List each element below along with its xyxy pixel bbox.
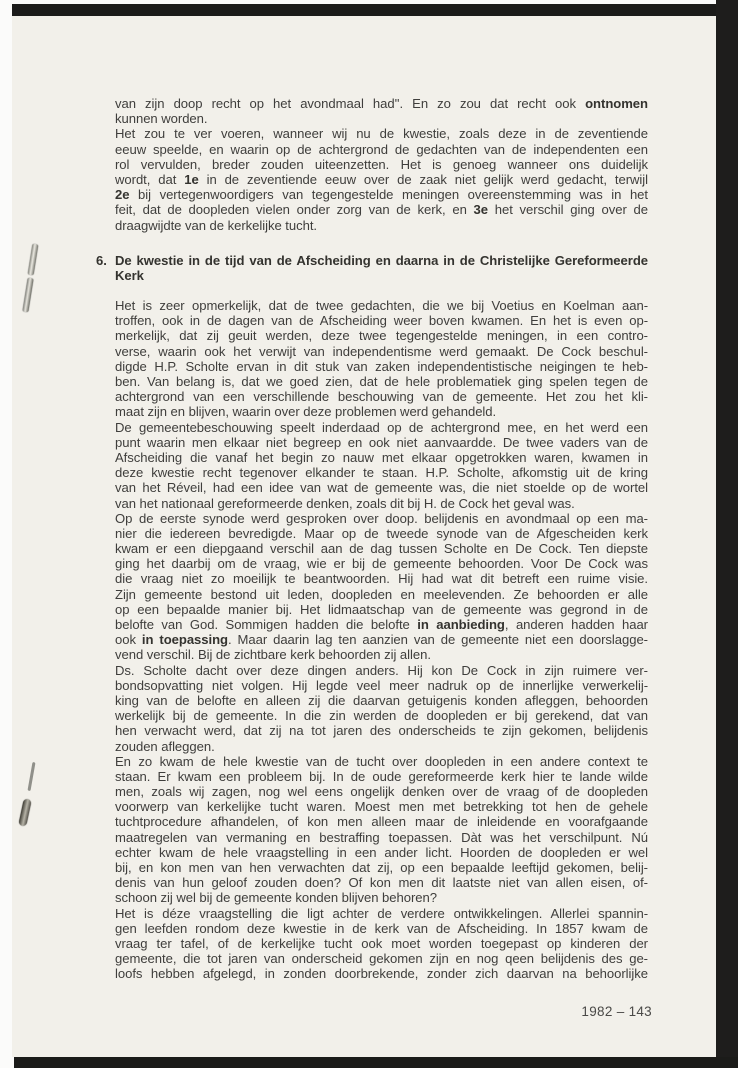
scan-border-bottom	[14, 1057, 738, 1068]
text-line: bondsopvatting niet volgen. Hij legde ve…	[115, 678, 648, 693]
text-line: deze kwestie recht tegenover elkander te…	[115, 465, 648, 480]
scanned-page-photo: van zijn doop recht op het avondmaal had…	[0, 0, 738, 1068]
text-line: Kerk	[115, 268, 648, 283]
paragraph: Het is zeer opmerkelijk, dat de twee ged…	[115, 298, 648, 420]
text-line: verse, waarin ook het verwijt van indepe…	[115, 344, 648, 359]
text-line: eeuw speelde, en waarin op de achtergron…	[115, 142, 648, 157]
text-line: werkelijk bij de gemeente. In die zin we…	[115, 708, 648, 723]
text-line: Ds. Scholte dacht over deze dingen ander…	[115, 663, 648, 678]
paragraph: De kwestie in de tijd van de Afscheiding…	[115, 253, 648, 283]
text-line: merkelijk, dat zij geuit werden, deze tw…	[115, 328, 648, 343]
text-line: echter kwam de hele vraagstelling in een…	[115, 845, 648, 860]
text-line: die vraag niet zo moeilijk te beantwoord…	[115, 571, 648, 586]
text-line: king van de belofte en alleen zij die da…	[115, 693, 648, 708]
text-line: troffen, ook in de dagen van de Afscheid…	[115, 313, 648, 328]
text-line: ook in toepassing. Maar daarin lag ten a…	[115, 632, 648, 647]
text-line: Het is déze vraagstelling die ligt achte…	[115, 906, 648, 921]
paragraph: Het zou te ver voeren, wanneer wij nu de…	[115, 126, 648, 232]
section-title: De kwestie in de tijd van de Afscheiding…	[115, 253, 648, 283]
text-line: tuchtprocedure afhandelen, of kon men al…	[115, 814, 648, 829]
text-line: voorwerp van kerkelijke tucht waren. Moe…	[115, 799, 648, 814]
staple-top-icon	[22, 278, 33, 313]
text-line: staan. Er kwam een probleem bij. In de o…	[115, 769, 648, 784]
text-line: op een bepaalde manier bij. Het lidmaats…	[115, 602, 648, 617]
section-paragraphs: Het is zeer opmerkelijk, dat de twee ged…	[115, 298, 648, 981]
text-line: De kwestie in de tijd van de Afscheiding…	[115, 253, 648, 268]
paragraph: van zijn doop recht op het avondmaal had…	[115, 96, 648, 126]
text-line: Afscheiding die vanaf het begin zo nauw …	[115, 450, 648, 465]
section-heading: 6. De kwestie in de tijd van de Afscheid…	[96, 253, 648, 283]
text-column: van zijn doop recht op het avondmaal had…	[115, 96, 648, 982]
staple-bottom-icon	[28, 762, 36, 791]
text-line: belofte van God. Sommigen hadden die bel…	[115, 617, 648, 632]
paragraph: De gemeentebeschouwing speelt inderdaad …	[115, 420, 648, 511]
text-line: men, zoals wij zagen, nog wel eens ongel…	[115, 784, 648, 799]
document-page: van zijn doop recht op het avondmaal had…	[12, 16, 716, 1057]
text-line: En zo kwam de hele kwestie van de tucht …	[115, 754, 648, 769]
text-line: punt waarin men elkaar niet begreep en o…	[115, 435, 648, 450]
text-line: hen verwacht werd, dat zij na tot jaren …	[115, 723, 648, 738]
text-line: vraag ter tafel, of de kerkelijke tucht …	[115, 936, 648, 951]
text-line: achtergrond van een verschillende bescho…	[115, 389, 648, 404]
text-line: kunnen worden.	[115, 111, 648, 126]
text-line: De gemeentebeschouwing speelt inderdaad …	[115, 420, 648, 435]
text-line: denis van hun geloof zouden doen? Of kon…	[115, 875, 648, 890]
text-line: maatregelen van vermaning en bestraffing…	[115, 830, 648, 845]
text-line: ben. Van belang is, dat we goed zien, da…	[115, 374, 648, 389]
text-line: gemeente, die tot jaren van onderscheid …	[115, 951, 648, 966]
paragraph: Ds. Scholte dacht over deze dingen ander…	[115, 663, 648, 754]
paragraph: En zo kwam de hele kwestie van de tucht …	[115, 754, 648, 906]
text-line: loofs hebben afgelegd, in zonden doorbre…	[115, 966, 648, 981]
text-line: 2e bij vertegenwoordigers van tegengeste…	[115, 187, 648, 202]
text-line: gen leefden rondom deze kwestie in de ke…	[115, 921, 648, 936]
text-line: feit, dat de doopleden vielen onder zorg…	[115, 202, 648, 217]
text-line: schoon zij wel bij de gemeente konden bl…	[115, 890, 648, 905]
page-number: 1982 – 143	[581, 1004, 652, 1019]
text-line: van het Réveil, had een idee van wat de …	[115, 480, 648, 495]
staple-top-icon	[28, 244, 39, 276]
text-line: bij, en kon men van hen verwachten dat z…	[115, 860, 648, 875]
text-line: wordt, dat 1e in de zeventiende eeuw ove…	[115, 172, 648, 187]
scan-border-right	[716, 0, 738, 1068]
text-line: Op de eerste synode werd gesproken over …	[115, 511, 648, 526]
text-line: Het zou te ver voeren, wanneer wij nu de…	[115, 126, 648, 141]
text-line: ging het daarbij om de vraag, wie er bij…	[115, 556, 648, 571]
paragraph: Op de eerste synode werd gesproken over …	[115, 511, 648, 663]
text-line: maat zijn en blijven, waarin over deze p…	[115, 404, 648, 419]
text-line: rol vervulden, breder zouden uiteenzette…	[115, 157, 648, 172]
text-line: van zijn doop recht op het avondmaal had…	[115, 96, 648, 111]
text-line: Zijn gemeente bestond uit leden, doopled…	[115, 587, 648, 602]
text-line: vend verschil. Bij de zichtbare kerk beh…	[115, 647, 648, 662]
text-line: digde H.P. Scholte ervan in dit stuk van…	[115, 359, 648, 374]
text-line: nier die iedereen bevredigde. Maar op de…	[115, 526, 648, 541]
text-line: zouden afleggen.	[115, 739, 648, 754]
paragraph: Het is déze vraagstelling die ligt achte…	[115, 906, 648, 982]
section-number: 6.	[96, 253, 115, 283]
lead-paragraphs: van zijn doop recht op het avondmaal had…	[115, 96, 648, 233]
text-line: Het is zeer opmerkelijk, dat de twee ged…	[115, 298, 648, 313]
scan-border-top	[12, 4, 738, 16]
text-line: draagwijdte van de kerkelijke tucht.	[115, 218, 648, 233]
staple-bottom-icon	[18, 798, 31, 826]
text-line: van het nationaal gereformeerde denken, …	[115, 496, 648, 511]
text-line: kwam er een diepgaand verschil aan de da…	[115, 541, 648, 556]
